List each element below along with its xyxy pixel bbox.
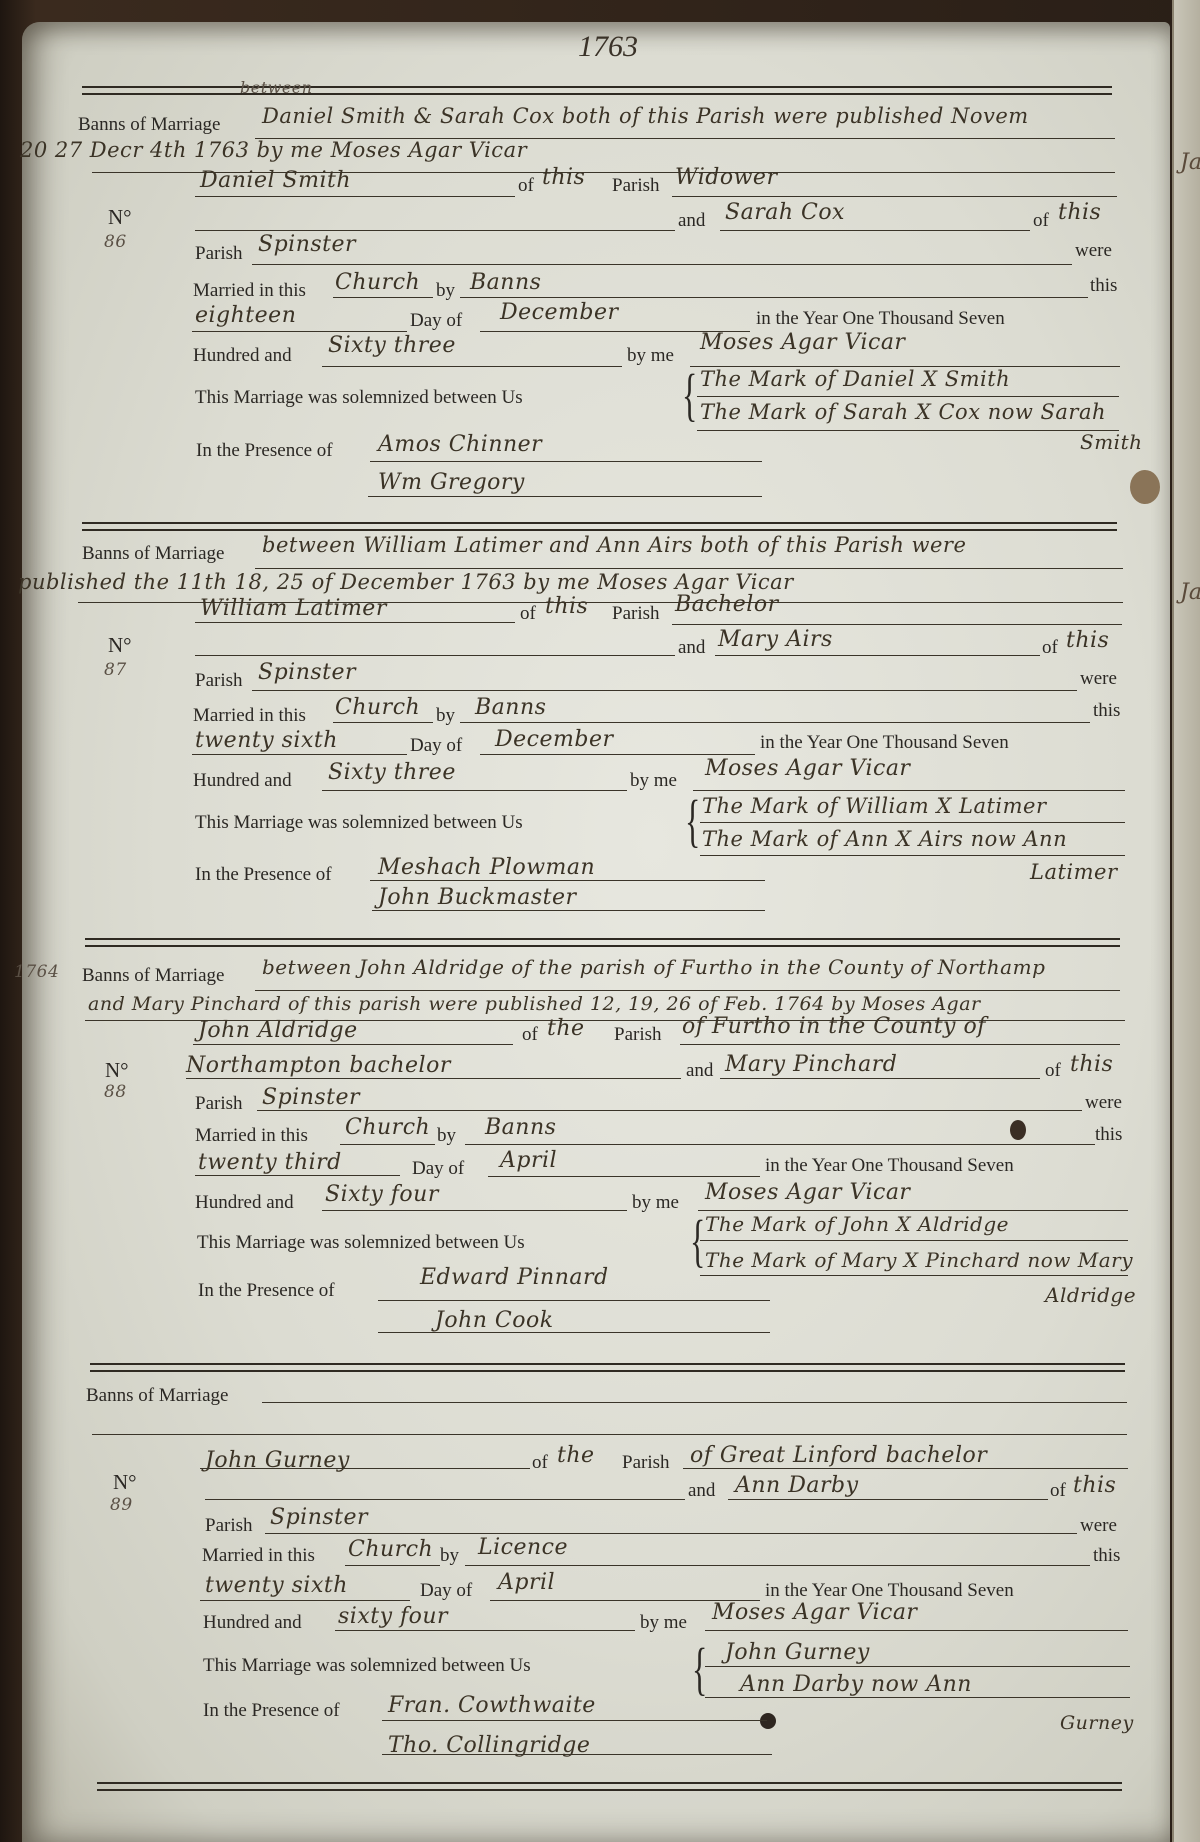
- solemnized-label: This Marriage was solemnized between Us: [197, 1232, 525, 1254]
- day-of-label: Day of: [410, 310, 462, 332]
- method: Banns: [475, 695, 546, 720]
- solemnized-label: This Marriage was solemnized between Us: [203, 1655, 531, 1677]
- parish-label: Parish: [622, 1452, 670, 1474]
- bride-name: Ann Darby: [735, 1473, 859, 1498]
- groom-name: John Aldridge: [198, 1018, 358, 1043]
- ink-blot: [1010, 1120, 1026, 1140]
- day: twenty third: [198, 1150, 342, 1175]
- of-label: of: [520, 603, 536, 625]
- signature-bride: The Mark of Ann X Airs now Ann: [702, 827, 1067, 851]
- year-suffix: Sixty three: [328, 333, 456, 358]
- banns-text-line2: 20 27 Decr 4th 1763 by me Moses Agar Vic…: [20, 138, 527, 162]
- parish-label: Parish: [614, 1024, 662, 1046]
- hundred-and-label: Hundred and: [193, 770, 292, 792]
- banns-text-line1: between William Latimer and Ann Airs bot…: [262, 533, 966, 557]
- banns-label: Banns of Marriage: [82, 965, 224, 987]
- groom-condition: of Great Linford bachelor: [690, 1443, 987, 1468]
- year-label: in the Year One Thousand Seven: [765, 1580, 1014, 1602]
- margin-ink: Ja: [1180, 150, 1200, 175]
- groom-name: William Latimer: [200, 596, 387, 621]
- by-label: by: [437, 1125, 456, 1147]
- officiant: Moses Agar Vicar: [705, 756, 910, 781]
- signature-bride: Ann Darby now Ann: [740, 1672, 972, 1697]
- parish-label: Parish: [195, 670, 243, 692]
- entry-number: 86: [104, 232, 127, 252]
- day: twenty sixth: [205, 1573, 348, 1598]
- officiant: Moses Agar Vicar: [712, 1600, 917, 1625]
- bride-of: this: [1073, 1473, 1116, 1498]
- of-label: of: [1033, 210, 1049, 232]
- groom-of: the: [557, 1443, 595, 1468]
- adjacent-page-edge: Ja Ja: [1172, 0, 1200, 1842]
- signature-groom: The Mark of William X Latimer: [702, 794, 1047, 818]
- bride-of: this: [1058, 200, 1101, 225]
- bride-name: Sarah Cox: [725, 200, 845, 225]
- witness-2: Wm Gregory: [378, 470, 525, 495]
- bride-condition: Spinster: [270, 1505, 368, 1530]
- and-label: and: [678, 210, 705, 232]
- bride-condition: Spinster: [258, 660, 356, 685]
- by-me-label: by me: [640, 1612, 687, 1634]
- brace: {: [690, 1212, 705, 1270]
- year-label: in the Year One Thousand Seven: [765, 1155, 1014, 1177]
- parish-label: Parish: [195, 243, 243, 265]
- by-me-label: by me: [630, 770, 677, 792]
- married-in-label: Married in this: [193, 280, 306, 302]
- month: April: [500, 1148, 557, 1173]
- place: Church: [335, 270, 420, 295]
- and-label: and: [678, 637, 705, 659]
- of-label: of: [1050, 1480, 1066, 1502]
- banns-label: Banns of Marriage: [86, 1385, 228, 1407]
- by-me-label: by me: [627, 345, 674, 367]
- groom-of: this: [545, 594, 588, 619]
- method: Banns: [470, 270, 541, 295]
- banns-label: Banns of Marriage: [78, 114, 220, 136]
- banns-label: Banns of Marriage: [82, 543, 224, 565]
- entry-number: 87: [104, 660, 127, 680]
- groom-name: Daniel Smith: [200, 168, 351, 193]
- banns-interlinear: between: [240, 78, 313, 97]
- of-label: of: [532, 1452, 548, 1474]
- by-label: by: [436, 280, 455, 302]
- banns-text-line2: published the 11th 18, 25 of December 17…: [18, 570, 794, 594]
- banns-text-line2: and Mary Pinchard of this parish were pu…: [88, 993, 981, 1015]
- bride-of: this: [1070, 1052, 1113, 1077]
- place: Church: [345, 1115, 430, 1140]
- witness-1: Amos Chinner: [378, 432, 542, 457]
- bride-name: Mary Pinchard: [725, 1052, 897, 1077]
- signature-bride-cont: Gurney: [1060, 1712, 1134, 1734]
- bride-condition: Spinster: [258, 232, 356, 257]
- groom-name: John Gurney: [205, 1448, 350, 1473]
- solemnized-label: This Marriage was solemnized between Us: [195, 387, 523, 409]
- margin-ink: Ja: [1180, 580, 1200, 605]
- signature-bride-cont: Aldridge: [1045, 1283, 1136, 1307]
- year-suffix: Sixty four: [325, 1182, 439, 1207]
- place: Church: [335, 695, 420, 720]
- bride-condition: Spinster: [262, 1085, 360, 1110]
- day: eighteen: [195, 303, 296, 328]
- number-label: N°: [105, 1058, 129, 1083]
- year-suffix: sixty four: [338, 1604, 448, 1629]
- parish-label: Parish: [195, 1093, 243, 1115]
- brace: {: [692, 1640, 707, 1698]
- groom-condition: Widower: [675, 165, 777, 190]
- presence-label: In the Presence of: [195, 864, 332, 886]
- by-me-label: by me: [632, 1192, 679, 1214]
- bride-name: Mary Airs: [718, 627, 833, 652]
- month: April: [498, 1570, 555, 1595]
- of-label: of: [1042, 637, 1058, 659]
- signature-groom: The Mark of Daniel X Smith: [700, 367, 1010, 391]
- were-label: were: [1075, 240, 1112, 262]
- groom-condition: of Furtho in the County of: [682, 1014, 986, 1039]
- bride-of: this: [1066, 628, 1109, 653]
- married-in-label: Married in this: [195, 1125, 308, 1147]
- this-label: this: [1093, 1545, 1120, 1567]
- groom-of: this: [542, 165, 585, 190]
- day-of-label: Day of: [412, 1158, 464, 1180]
- officiant: Moses Agar Vicar: [705, 1180, 910, 1205]
- groom-parish-cont: Northampton bachelor: [186, 1053, 451, 1078]
- day-of-label: Day of: [410, 735, 462, 757]
- year-suffix: Sixty three: [328, 760, 456, 785]
- groom-of: the: [547, 1016, 585, 1041]
- solemnized-label: This Marriage was solemnized between Us: [195, 812, 523, 834]
- married-in-label: Married in this: [193, 705, 306, 727]
- signature-bride-cont: Latimer: [1030, 860, 1118, 884]
- were-label: were: [1080, 668, 1117, 690]
- of-label: of: [522, 1024, 538, 1046]
- married-in-label: Married in this: [202, 1545, 315, 1567]
- number-label: N°: [108, 633, 132, 658]
- were-label: were: [1080, 1515, 1117, 1537]
- by-label: by: [436, 705, 455, 727]
- number-label: N°: [113, 1470, 137, 1495]
- hundred-and-label: Hundred and: [195, 1192, 294, 1214]
- witness-1: Fran. Cowthwaite: [388, 1693, 596, 1718]
- ink-blot: [760, 1713, 776, 1729]
- brace: {: [685, 792, 700, 850]
- by-label: by: [440, 1545, 459, 1567]
- month: December: [500, 300, 618, 325]
- year-label: in the Year One Thousand Seven: [760, 732, 1009, 754]
- number-label: N°: [108, 205, 132, 230]
- signature-bride: The Mark of Mary X Pinchard now Mary: [705, 1248, 1133, 1272]
- method: Banns: [485, 1115, 556, 1140]
- hundred-and-label: Hundred and: [193, 345, 292, 367]
- officiant: Moses Agar Vicar: [700, 330, 905, 355]
- parish-label: Parish: [612, 603, 660, 625]
- and-label: and: [686, 1060, 713, 1082]
- were-label: were: [1085, 1092, 1122, 1114]
- witness-1: Meshach Plowman: [378, 855, 595, 880]
- witness-1: Edward Pinnard: [420, 1265, 609, 1290]
- ink-blot: [1130, 470, 1160, 504]
- signature-bride: The Mark of Sarah X Cox now Sarah: [700, 400, 1106, 424]
- this-label: this: [1095, 1124, 1122, 1146]
- signature-groom: The Mark of John X Aldridge: [705, 1212, 1009, 1236]
- of-label: of: [518, 175, 534, 197]
- presence-label: In the Presence of: [203, 1700, 340, 1722]
- witness-2: John Buckmaster: [378, 885, 577, 910]
- month: December: [495, 727, 613, 752]
- entry-number: 89: [110, 1495, 133, 1515]
- day-of-label: Day of: [420, 1580, 472, 1602]
- banns-text-line1: Daniel Smith & Sarah Cox both of this Pa…: [262, 104, 1029, 128]
- and-label: and: [688, 1480, 715, 1502]
- this-label: this: [1090, 275, 1117, 297]
- banns-text-line1: between John Aldridge of the parish of F…: [262, 955, 1045, 979]
- day: twenty sixth: [195, 728, 338, 753]
- brace: {: [682, 366, 697, 424]
- signature-bride-cont: Smith: [1080, 430, 1142, 454]
- year-label: in the Year One Thousand Seven: [756, 308, 1005, 330]
- hundred-and-label: Hundred and: [203, 1612, 302, 1634]
- this-label: this: [1093, 700, 1120, 722]
- presence-label: In the Presence of: [198, 1280, 335, 1302]
- signature-groom: John Gurney: [725, 1640, 870, 1665]
- parish-label: Parish: [612, 175, 660, 197]
- groom-condition: Bachelor: [675, 592, 779, 617]
- of-label: of: [1045, 1060, 1061, 1082]
- parish-label: Parish: [205, 1515, 253, 1537]
- presence-label: In the Presence of: [196, 440, 333, 462]
- method: Licence: [478, 1535, 568, 1560]
- place: Church: [348, 1537, 433, 1562]
- margin-year-note: 1764: [14, 962, 59, 982]
- year-heading: 1763: [578, 30, 638, 64]
- witness-2: John Cook: [435, 1308, 554, 1333]
- entry-number: 88: [104, 1082, 127, 1102]
